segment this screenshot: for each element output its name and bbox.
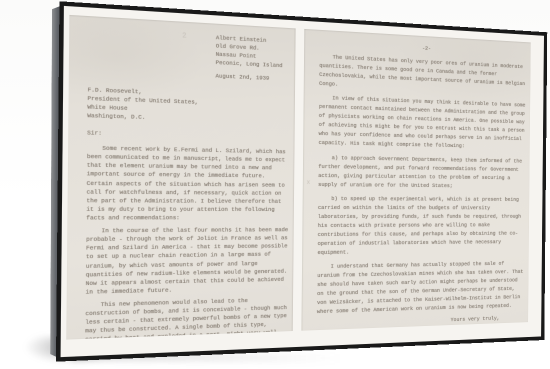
photo-background: 2 Albert Einstein Old Grove Rd. Nassau P… <box>0 0 550 369</box>
paragraph: This new phenomenon would also lead to t… <box>85 296 290 340</box>
salutation: Sir: <box>87 129 292 142</box>
paragraph: I understand that Germany has actually s… <box>317 259 525 317</box>
letter-print: 2 Albert Einstein Old Grove Rd. Nassau P… <box>56 1 547 361</box>
sender-address: Albert Einstein Old Grove Rd. Nassau Poi… <box>216 34 293 71</box>
margin-tick-mark: x <box>307 178 311 188</box>
paragraph: In the course of the last four months it… <box>86 226 291 297</box>
paragraph: Some recent work by E.Fermi and L. Szila… <box>86 144 291 223</box>
recipient-address: F.D. Roosevelt, President of the United … <box>87 85 292 126</box>
letter-page-two: -2- x The United States has only very po… <box>301 29 530 331</box>
paragraph: The United States has only very poor ore… <box>319 52 526 97</box>
closing-block: Yours very truly, (Albert Einstein) <box>450 314 524 331</box>
date-line: August 2nd, 1939 <box>215 73 292 85</box>
faint-page-mark: 2 <box>182 31 187 42</box>
paragraph: In view of this situation you may think … <box>318 93 526 152</box>
paragraph: b) to speed up the experimental work, wh… <box>317 194 525 257</box>
closing-phrase: Yours very truly, <box>451 314 524 325</box>
einstein-signature-icon <box>455 324 496 331</box>
paragraph: a) to approach Government Departments, k… <box>318 152 525 190</box>
letter-page-one: 2 Albert Einstein Old Grove Rd. Nassau P… <box>66 15 295 340</box>
